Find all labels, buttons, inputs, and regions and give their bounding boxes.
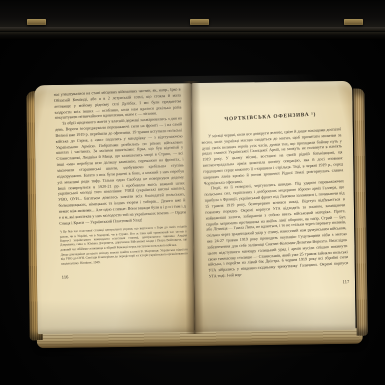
page-stack-right-fore-edge	[353, 89, 367, 336]
left-page-paragraph: Та обрії щоденного життя у власній держа…	[55, 116, 186, 227]
left-page-footnotes: ¹) Це був час пластової станиці централь…	[60, 225, 188, 266]
open-book: нас улаштувалися на стані місцевих війсь…	[25, 74, 369, 349]
lid-edge-highlight	[0, 27, 385, 32]
photo-scene: нас улаштувалися на стані місцевих війсь…	[0, 0, 385, 385]
hinge-center	[190, 19, 209, 25]
display-case-lid	[0, 0, 385, 40]
hinge-left	[27, 19, 46, 25]
hinge-right	[344, 19, 363, 25]
right-page-paragraph: Події, на її поверхні, чергувались швидк…	[204, 179, 349, 280]
right-page-text-block: ЧОРТКІВСЬКА ОФЕНЗИВА ¹) У місяці червні,…	[200, 111, 349, 292]
left-page-text-block: нас улаштувалися на стані місцевих війсь…	[54, 86, 189, 280]
right-page-paragraph: У місяці червні, коли все довкруги зелен…	[201, 126, 344, 186]
